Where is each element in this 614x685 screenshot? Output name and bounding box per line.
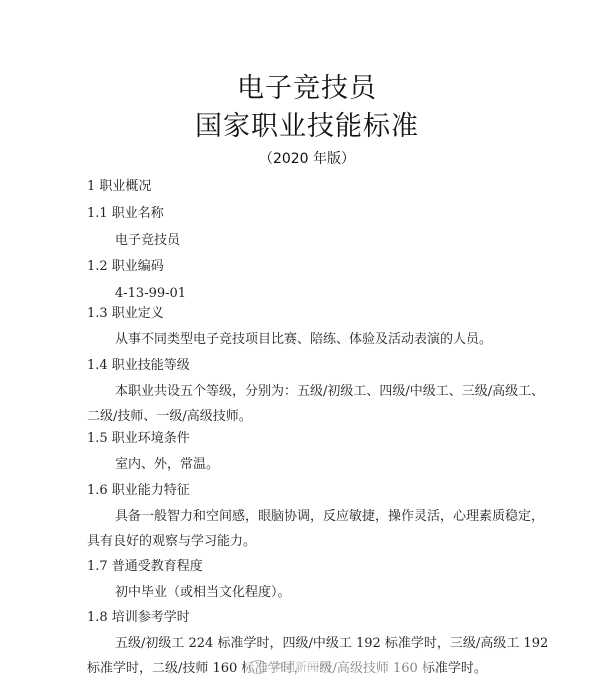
ability-traits-line2: 具有良好的观察与学习能力。 [87,533,256,551]
occupation-definition: 从事不同类型电子竞技项目比赛、陪练、体验及活动表演的人员。 [115,331,492,349]
section-heading-1-3: 1.3 职业定义 [87,305,164,323]
section-heading-1-6: 1.6 职业能力特征 [87,482,190,500]
section-heading-1-1: 1.1 职业名称 [87,205,164,223]
document-page: 电子竞技员 国家职业技能标准 （2020 年版） 1 职业概况 1.1 职业名称… [0,0,614,685]
skill-levels-line1: 本职业共设五个等级，分别为：五级/初级工、四级/中级工、三级/高级工、 [115,383,544,401]
occupation-code: 4-13-99-01 [115,285,186,303]
skill-levels-line2: 二级/技师、一级/高级技师。 [87,408,252,426]
occupation-name: 电子竞技员 [115,232,180,250]
training-hours-line1: 五级/初级工 224 标准学时，四级/中级工 192 标准学时，三级/高级工 1… [115,635,548,653]
section-heading-1: 1 职业概况 [87,178,151,196]
section-heading-1-2: 1.2 职业编码 [87,258,164,276]
document-subtitle: 国家职业技能标准 [0,110,614,144]
training-hours-line2: 标准学时，二级/技师 160 标准学时，一级/高级技师 160 标准学时。 [87,660,487,678]
section-heading-1-4: 1.4 职业技能等级 [87,357,190,375]
section-heading-1-8: 1.8 培训参考学时 [87,609,190,627]
section-heading-1-5: 1.5 职业环境条件 [87,430,190,448]
ability-traits-line1: 具备一般智力和空间感，眼脑协调，反应敏捷，操作灵活，心理素质稳定， [115,508,544,526]
document-title: 电子竞技员 [0,72,614,106]
edition-label: （2020 年版） [0,149,614,169]
work-environment: 室内、外，常温。 [115,456,219,474]
section-heading-1-7: 1.7 普通受教育程度 [87,558,203,576]
education-level: 初中毕业（或相当文化程度）。 [115,584,291,602]
